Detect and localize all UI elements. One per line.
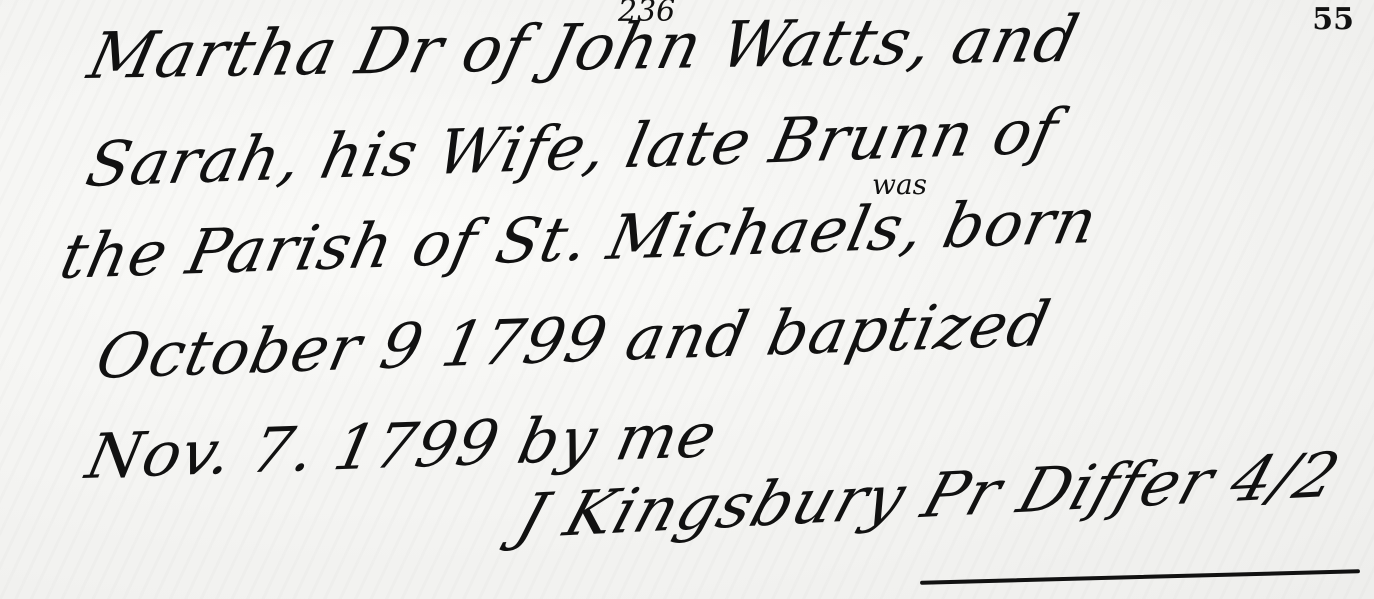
record-line-3: the Parish of St. Michaels, born bbox=[54, 184, 1104, 293]
signature-underline bbox=[920, 569, 1360, 585]
page-number: 55 bbox=[1312, 2, 1354, 37]
record-line-1: Martha Dr of John Watts, and bbox=[81, 3, 1085, 94]
record-line-4: October 9 1799 and baptized bbox=[90, 287, 1057, 393]
document-page: 55 236 Martha Dr of John Watts, and Sara… bbox=[0, 0, 1374, 599]
